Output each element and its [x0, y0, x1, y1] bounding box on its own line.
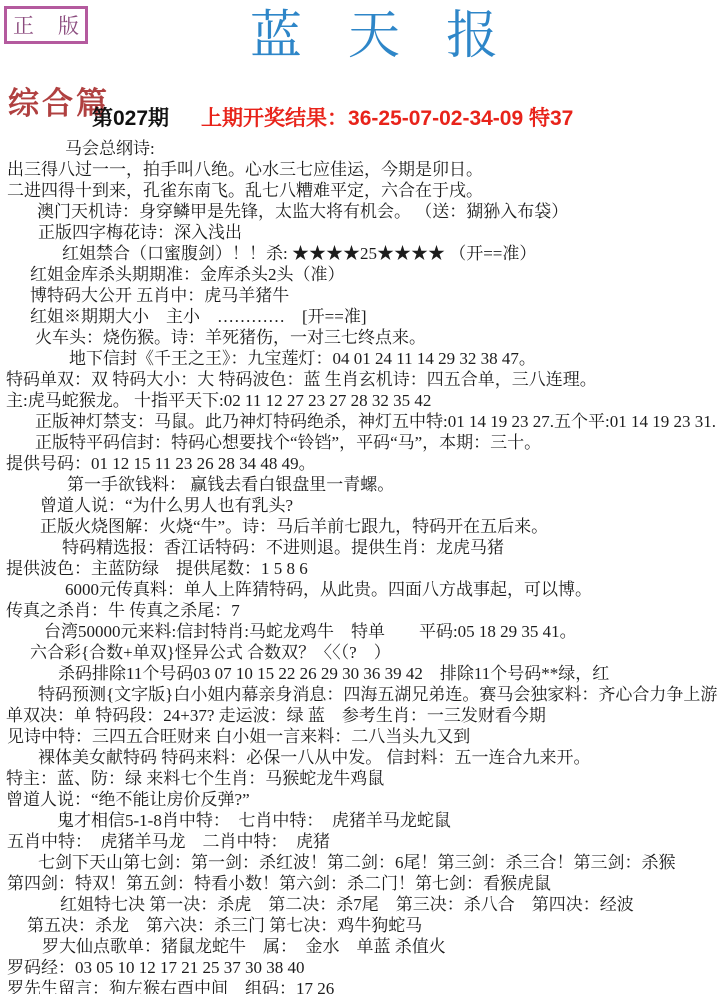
- text-line: 罗码经：03 05 10 12 17 21 25 37 30 38 40: [0, 957, 720, 978]
- text-line: 红姐金库杀头期期准：金库杀头2头（准）: [0, 264, 720, 285]
- text-line: 二进四得十到来，孔雀东南飞。乱七八糟难平定，六合在于戌。: [0, 180, 720, 201]
- text-line: 七剑下天山第七剑：第一剑：杀红波！第二剑：6尾！第三剑：杀三合！第三剑：杀猴: [0, 852, 720, 873]
- authentic-badge-label: 正版: [0, 10, 103, 40]
- text-line: 红姐特七决 第一决：杀虎 第二决：杀7尾 第三决：杀八合 第四决：经波: [0, 894, 720, 915]
- text-line: 博特码大公开 五肖中：虎马羊猪牛: [0, 285, 720, 306]
- text-line: 正版四字梅花诗：深入浅出: [0, 222, 720, 243]
- text-line: 杀码排除11个号码03 07 10 15 22 26 29 30 36 39 4…: [0, 663, 720, 684]
- text-line: 提供号码：01 12 15 11 23 26 28 34 48 49。: [0, 453, 720, 474]
- text-line: 特码单双：双 特码大小：大 特码波色：蓝 生肖玄机诗：四五合单，三八连理。: [0, 369, 720, 390]
- paper-title: 蓝天报: [250, 8, 544, 66]
- text-line: 提供波色：主蓝防绿 提供尾数：1 5 8 6: [0, 558, 720, 579]
- text-line: 裸体美女献特码 特码来料：必保一八从中发。 信封料：五一连合九来开。: [0, 747, 720, 768]
- text-line: 出三得八过一一，拍手叫八绝。心水三七应佳运，今期是卯日。: [0, 159, 720, 180]
- text-line: 红姐※期期大小 主小 ………… [开==准]: [0, 306, 720, 327]
- text-line: 马会总纲诗:: [0, 138, 720, 159]
- text-line: 第四剑：特双！第五剑：特看小数！第六剑：杀二门！第七剑：看猴虎鼠: [0, 873, 720, 894]
- issue-row: 第027期 上期开奖结果：36-25-07-02-34-09 特37: [92, 102, 573, 132]
- text-line: 特码预测{文字版}白小姐内幕亲身消息：四海五湖兄弟连。赛马会独家料：齐心合力争上…: [0, 684, 720, 705]
- text-line: 地下信封《千王之王》：九宝莲灯：04 01 24 11 14 29 32 38 …: [0, 348, 720, 369]
- issue-number: 第027期: [92, 102, 169, 132]
- text-line: 见诗中特：三四五合旺财来 白小姐一言来料：二八当头九又到: [0, 726, 720, 747]
- text-line: 传真之杀肖：牛 传真之杀尾：7: [0, 600, 720, 621]
- text-line: 澳门天机诗：身穿鳞甲是先锋，太监大将有机会。 （送：猢狲入布袋）: [0, 201, 720, 222]
- text-line: 曾道人说：“为什么男人也有乳头?: [0, 495, 720, 516]
- text-line: 第一手欲钱料： 赢钱去看白银盘里一青螺。: [0, 474, 720, 495]
- text-line: 罗先生留言：狗左猴右酉中间 组码：17 26: [0, 978, 720, 994]
- text-line: 第五决：杀龙 第六决：杀三门 第七决：鸡牛狗蛇马: [0, 915, 720, 936]
- text-line: 正版特平码信封：特码心想要找个“铃铛”，平码“马”，本期：三十。: [0, 432, 720, 453]
- text-line: 火车头：烧伤猴。诗：羊死猪伤，一对三七终点来。: [0, 327, 720, 348]
- text-line: 主:虎马蛇猴龙。 十指平天下:02 11 12 27 23 27 28 32 3…: [0, 390, 720, 411]
- text-line: 六合彩{合数+单双}怪异公式 合数双？〈〈（? ）: [0, 642, 720, 663]
- text-line: 特码精选报：香江话特码：不进则退。提供生肖：龙虎马猪: [0, 537, 720, 558]
- authentic-badge: 正版: [4, 6, 88, 44]
- text-line: 五肖中特： 虎猪羊马龙 二肖中特： 虎猪: [0, 831, 720, 852]
- text-line: 正版神灯禁支：马鼠。此乃神灯特码绝杀，神灯五中特:01 14 19 23 27.…: [0, 411, 720, 432]
- text-line: 红姐禁合（口蜜腹剑）！！杀: ★★★★25★★★★ （开==准）: [0, 243, 720, 264]
- content-lines: 马会总纲诗:出三得八过一一，拍手叫八绝。心水三七应佳运，今期是卯日。二进四得十到…: [0, 138, 720, 994]
- text-line: 罗大仙点歌单：猪鼠龙蛇牛 属： 金水 单蓝 杀值火: [0, 936, 720, 957]
- text-line: 特主：蓝、防：绿 来料七个生肖：马猴蛇龙牛鸡鼠: [0, 768, 720, 789]
- text-line: 曾道人说：“绝不能让房价反弹?”: [0, 789, 720, 810]
- newspaper-page: 正版 蓝天报 综合篇 第027期 上期开奖结果：36-25-07-02-34-0…: [0, 0, 720, 994]
- text-line: 单双决：单 特码段：24+37? 走运波：绿 蓝 参考生肖：一三发财看今期: [0, 705, 720, 726]
- text-line: 台湾50000元来料:信封特肖:马蛇龙鸡牛 特单 平码:05 18 29 35 …: [0, 621, 720, 642]
- text-line: 6000元传真料：单人上阵猜特码，从此贵。四面八方战事起，可以博。: [0, 579, 720, 600]
- text-line: 鬼才相信5-1-8肖中特： 七肖中特： 虎猪羊马龙蛇鼠: [0, 810, 720, 831]
- text-line: 正版火烧图解：火烧“牛”。诗：马后羊前七跟九，特码开在五后来。: [0, 516, 720, 537]
- last-draw-result: 上期开奖结果：36-25-07-02-34-09 特37: [201, 102, 573, 132]
